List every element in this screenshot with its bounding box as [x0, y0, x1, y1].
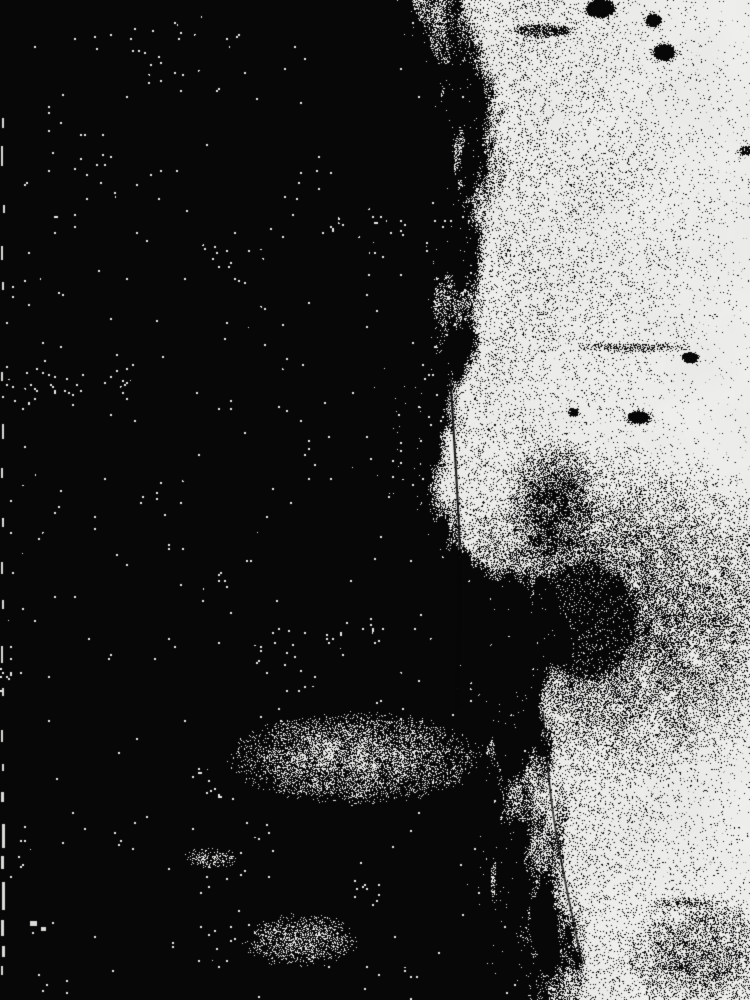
- scanned-page-image: [0, 0, 750, 1000]
- scanned-page: [0, 0, 750, 1000]
